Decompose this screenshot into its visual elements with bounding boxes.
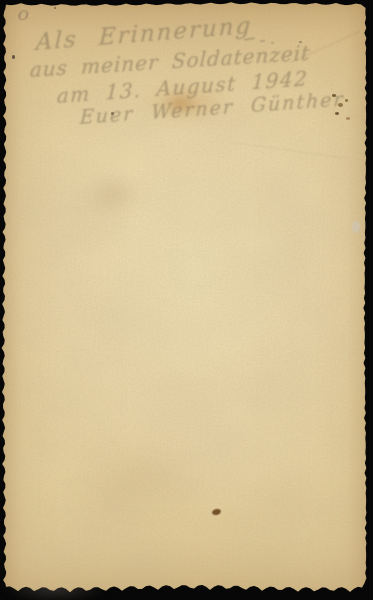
foxing-speck	[54, 7, 56, 9]
photo-back-scene: O Als Erinnerung aus meiner Soldatenzeit…	[0, 0, 373, 600]
smudge-stain	[76, 165, 148, 223]
dark-spot	[211, 508, 221, 516]
pencil-smudge	[260, 40, 265, 43]
photo-paper: O Als Erinnerung aus meiner Soldatenzeit…	[0, 0, 373, 600]
pale-blemish	[352, 221, 360, 233]
pencil-circle-mark: O	[18, 9, 29, 24]
lower-shade-stain	[50, 420, 230, 530]
foxing-speck	[346, 117, 350, 120]
foxing-speck	[335, 112, 339, 115]
foxing-speck	[12, 55, 15, 59]
foxing-speck	[345, 99, 348, 102]
crease-line	[231, 142, 350, 160]
